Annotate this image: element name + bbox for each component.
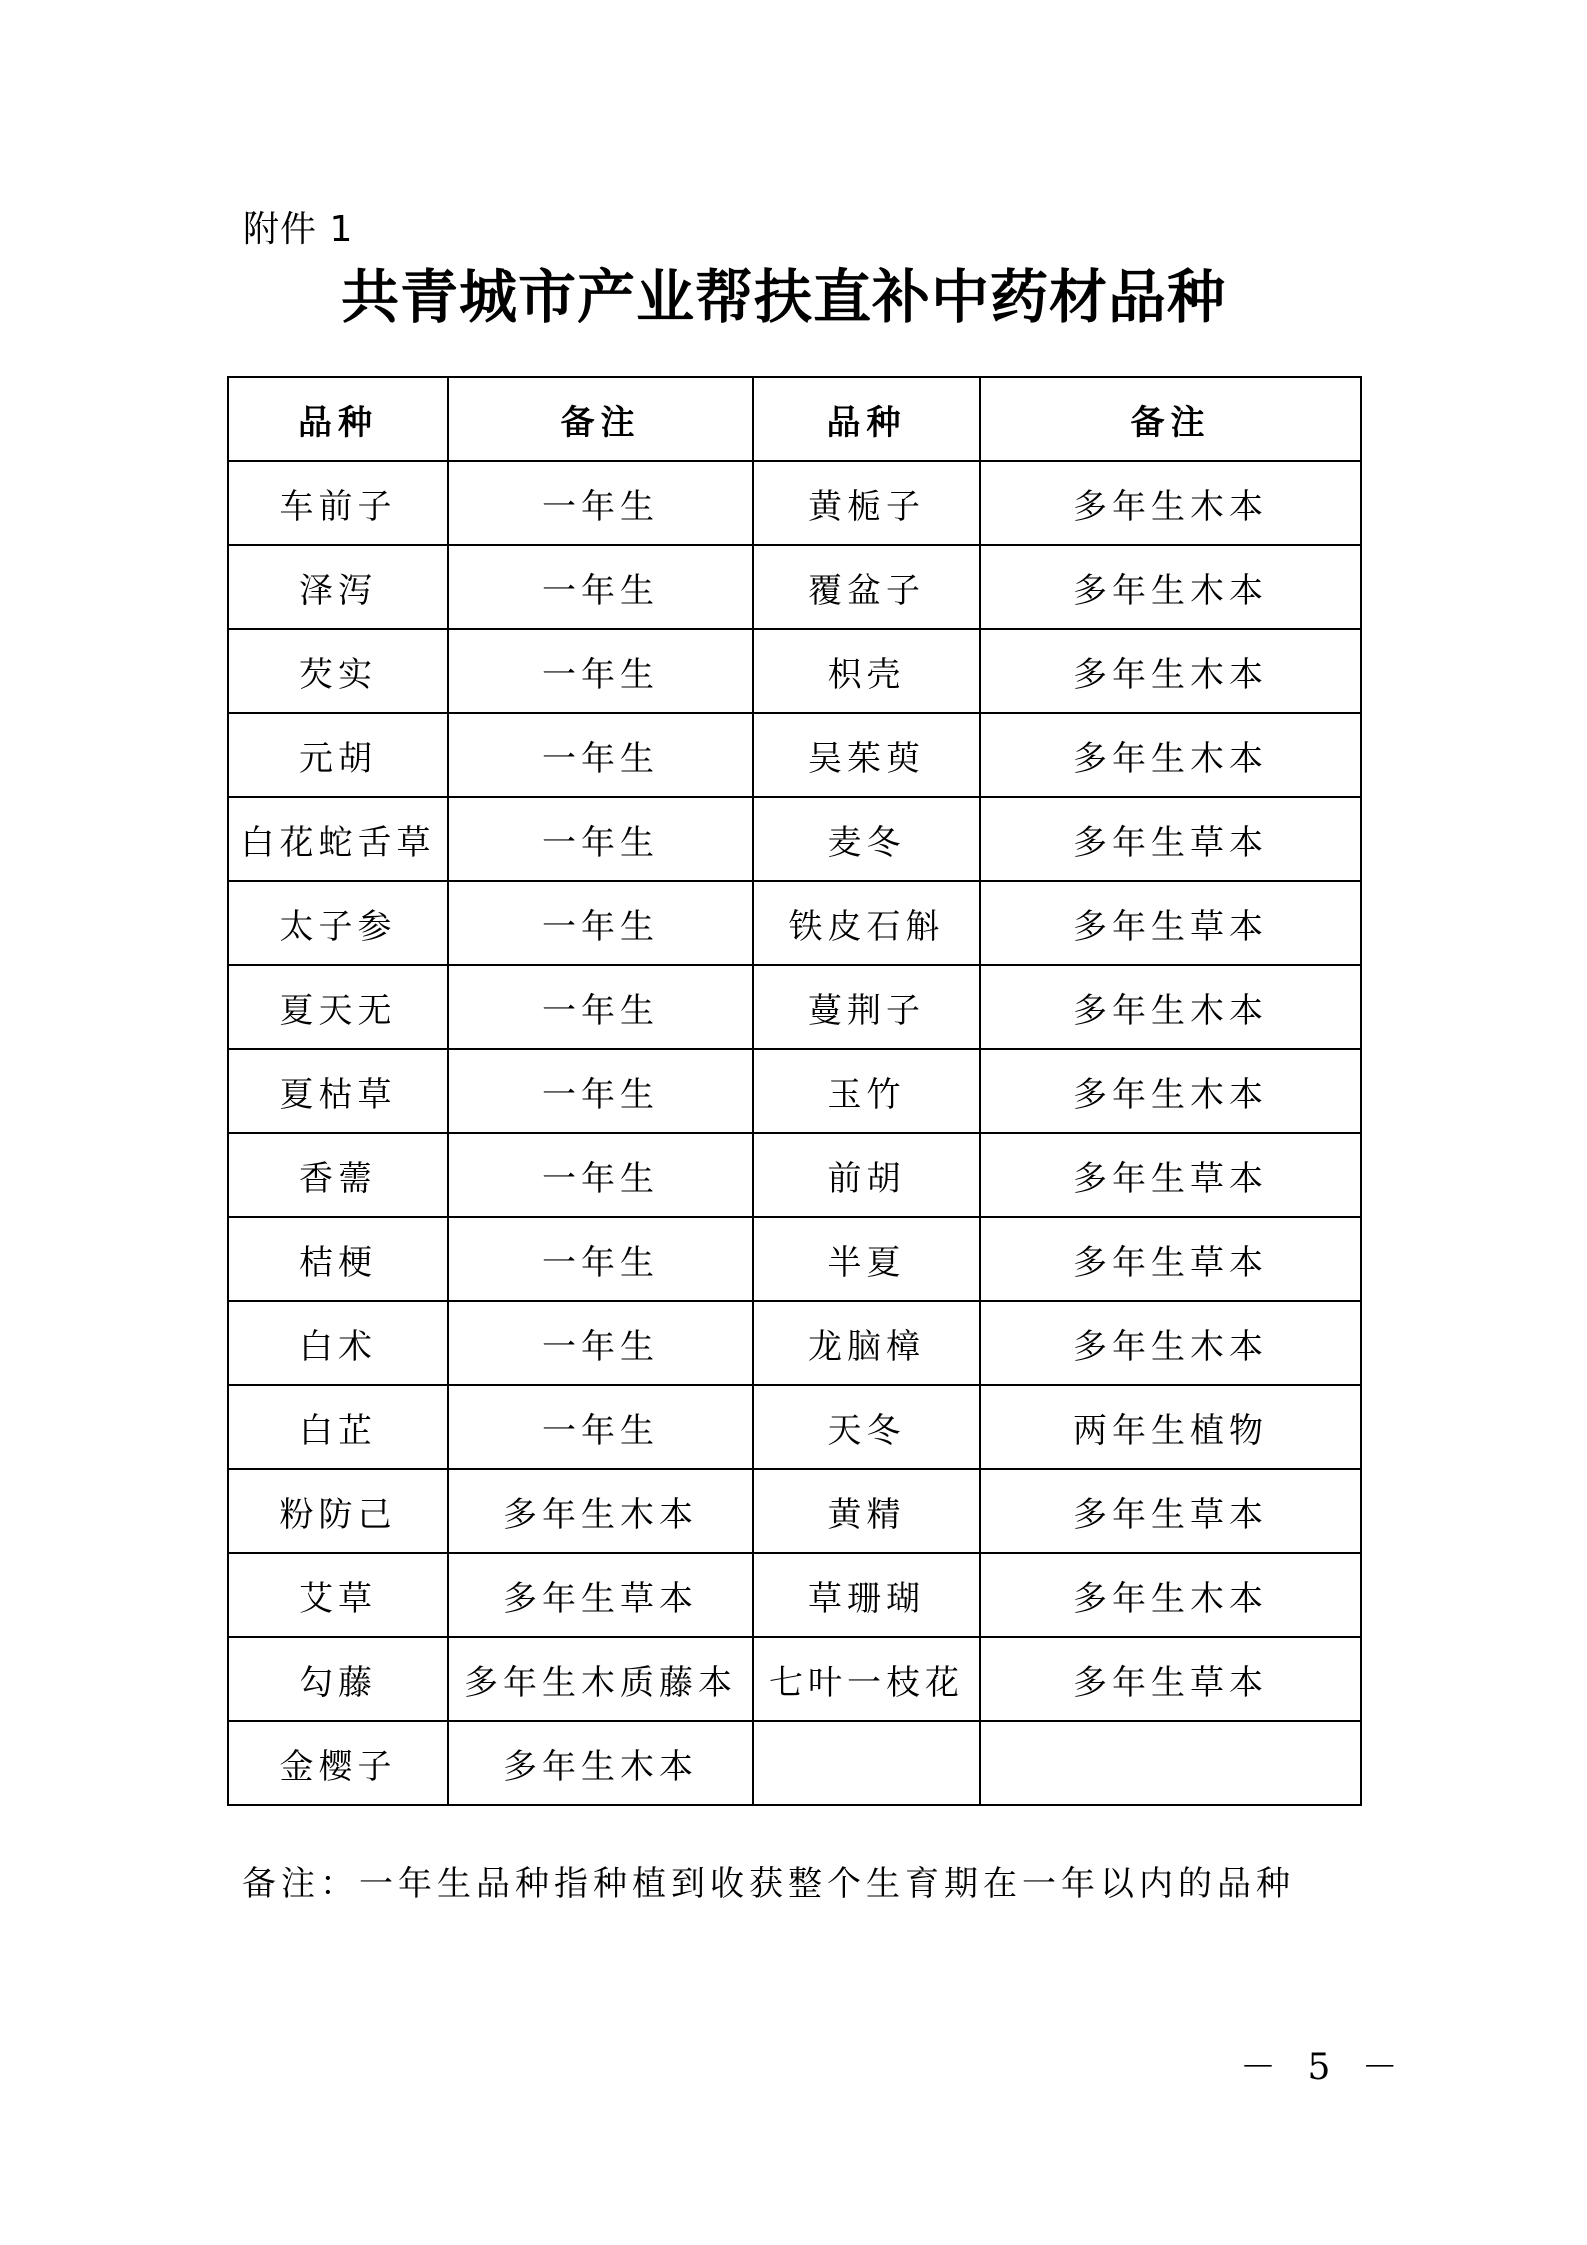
attachment-label: 附件 1 <box>243 208 353 252</box>
variety-cell: 草珊瑚 <box>753 1553 980 1637</box>
variety-cell: 铁皮石斛 <box>753 881 980 965</box>
table-row: 太子参 一年生 铁皮石斛 多年生草本 <box>228 881 1361 965</box>
remark-cell: 一年生 <box>448 881 753 965</box>
variety-cell: 白花蛇舌草 <box>228 797 448 881</box>
variety-cell: 白芷 <box>228 1385 448 1469</box>
table-row: 勾藤 多年生木质藤本 七叶一枝花 多年生草本 <box>228 1637 1361 1721</box>
variety-cell: 覆盆子 <box>753 545 980 629</box>
variety-cell: 夏枯草 <box>228 1049 448 1133</box>
remark-cell: 一年生 <box>448 1385 753 1469</box>
variety-cell: 元胡 <box>228 713 448 797</box>
remark-cell: 一年生 <box>448 1133 753 1217</box>
varieties-table: 品种 备注 品种 备注 车前子 一年生 黄栀子 多年生木本 泽泻 一年生 覆盆子… <box>227 376 1362 1806</box>
remark-cell: 多年生木本 <box>980 713 1361 797</box>
remark-cell: 一年生 <box>448 713 753 797</box>
variety-cell: 太子参 <box>228 881 448 965</box>
remark-cell: 多年生木质藤本 <box>448 1637 753 1721</box>
remark-cell: 多年生木本 <box>980 461 1361 545</box>
table-row: 泽泻 一年生 覆盆子 多年生木本 <box>228 545 1361 629</box>
variety-cell: 桔梗 <box>228 1217 448 1301</box>
column-header-remark: 备注 <box>980 377 1361 461</box>
variety-cell: 前胡 <box>753 1133 980 1217</box>
variety-cell: 黄精 <box>753 1469 980 1553</box>
variety-cell: 枳壳 <box>753 629 980 713</box>
column-header-variety: 品种 <box>228 377 448 461</box>
footnote: 备注：一年生品种指种植到收获整个生育期在一年以内的品种 <box>242 1862 1295 1906</box>
variety-cell: 芡实 <box>228 629 448 713</box>
table-row: 粉防己 多年生木本 黄精 多年生草本 <box>228 1469 1361 1553</box>
empty-cell <box>753 1721 980 1805</box>
variety-cell: 龙脑樟 <box>753 1301 980 1385</box>
table-row: 夏天无 一年生 蔓荆子 多年生木本 <box>228 965 1361 1049</box>
remark-cell: 两年生植物 <box>980 1385 1361 1469</box>
variety-cell: 车前子 <box>228 461 448 545</box>
variety-cell: 天冬 <box>753 1385 980 1469</box>
remark-cell: 多年生木本 <box>980 629 1361 713</box>
remark-cell: 多年生草本 <box>980 1133 1361 1217</box>
remark-cell: 多年生木本 <box>980 1049 1361 1133</box>
remark-cell: 一年生 <box>448 1049 753 1133</box>
remark-cell: 多年生草本 <box>980 1637 1361 1721</box>
variety-cell: 蔓荆子 <box>753 965 980 1049</box>
table-row: 白术 一年生 龙脑樟 多年生木本 <box>228 1301 1361 1385</box>
remark-cell: 多年生草本 <box>980 1469 1361 1553</box>
table-row: 艾草 多年生草本 草珊瑚 多年生木本 <box>228 1553 1361 1637</box>
variety-cell: 勾藤 <box>228 1637 448 1721</box>
remark-cell: 一年生 <box>448 545 753 629</box>
remark-cell: 一年生 <box>448 629 753 713</box>
page-title: 共青城市产业帮扶直补中药材品种 <box>0 262 1587 332</box>
variety-cell: 黄栀子 <box>753 461 980 545</box>
column-header-remark: 备注 <box>448 377 753 461</box>
variety-cell: 泽泻 <box>228 545 448 629</box>
remark-cell: 一年生 <box>448 965 753 1049</box>
variety-cell: 半夏 <box>753 1217 980 1301</box>
page-number: － 5 － <box>1240 2046 1408 2090</box>
variety-cell: 夏天无 <box>228 965 448 1049</box>
remark-cell: 多年生草本 <box>980 1217 1361 1301</box>
variety-cell: 白术 <box>228 1301 448 1385</box>
remark-cell: 多年生木本 <box>980 1301 1361 1385</box>
table-row: 香薷 一年生 前胡 多年生草本 <box>228 1133 1361 1217</box>
remark-cell: 多年生木本 <box>448 1721 753 1805</box>
empty-cell <box>980 1721 1361 1805</box>
column-header-variety: 品种 <box>753 377 980 461</box>
variety-cell: 艾草 <box>228 1553 448 1637</box>
remark-cell: 多年生木本 <box>980 545 1361 629</box>
table-row: 白花蛇舌草 一年生 麦冬 多年生草本 <box>228 797 1361 881</box>
variety-cell: 麦冬 <box>753 797 980 881</box>
table-row: 芡实 一年生 枳壳 多年生木本 <box>228 629 1361 713</box>
table-row: 车前子 一年生 黄栀子 多年生木本 <box>228 461 1361 545</box>
remark-cell: 一年生 <box>448 1301 753 1385</box>
table-row: 元胡 一年生 吴茱萸 多年生木本 <box>228 713 1361 797</box>
remark-cell: 多年生木本 <box>980 1553 1361 1637</box>
table-header-row: 品种 备注 品种 备注 <box>228 377 1361 461</box>
table-row: 金樱子 多年生木本 <box>228 1721 1361 1805</box>
variety-cell: 粉防己 <box>228 1469 448 1553</box>
remark-cell: 多年生草本 <box>448 1553 753 1637</box>
remark-cell: 一年生 <box>448 797 753 881</box>
variety-cell: 金樱子 <box>228 1721 448 1805</box>
variety-cell: 香薷 <box>228 1133 448 1217</box>
table-row: 白芷 一年生 天冬 两年生植物 <box>228 1385 1361 1469</box>
remark-cell: 多年生草本 <box>980 881 1361 965</box>
table-row: 夏枯草 一年生 玉竹 多年生木本 <box>228 1049 1361 1133</box>
remark-cell: 一年生 <box>448 1217 753 1301</box>
remark-cell: 多年生草本 <box>980 797 1361 881</box>
table-row: 桔梗 一年生 半夏 多年生草本 <box>228 1217 1361 1301</box>
variety-cell: 玉竹 <box>753 1049 980 1133</box>
variety-cell: 七叶一枝花 <box>753 1637 980 1721</box>
remark-cell: 多年生木本 <box>448 1469 753 1553</box>
remark-cell: 一年生 <box>448 461 753 545</box>
remark-cell: 多年生木本 <box>980 965 1361 1049</box>
variety-cell: 吴茱萸 <box>753 713 980 797</box>
